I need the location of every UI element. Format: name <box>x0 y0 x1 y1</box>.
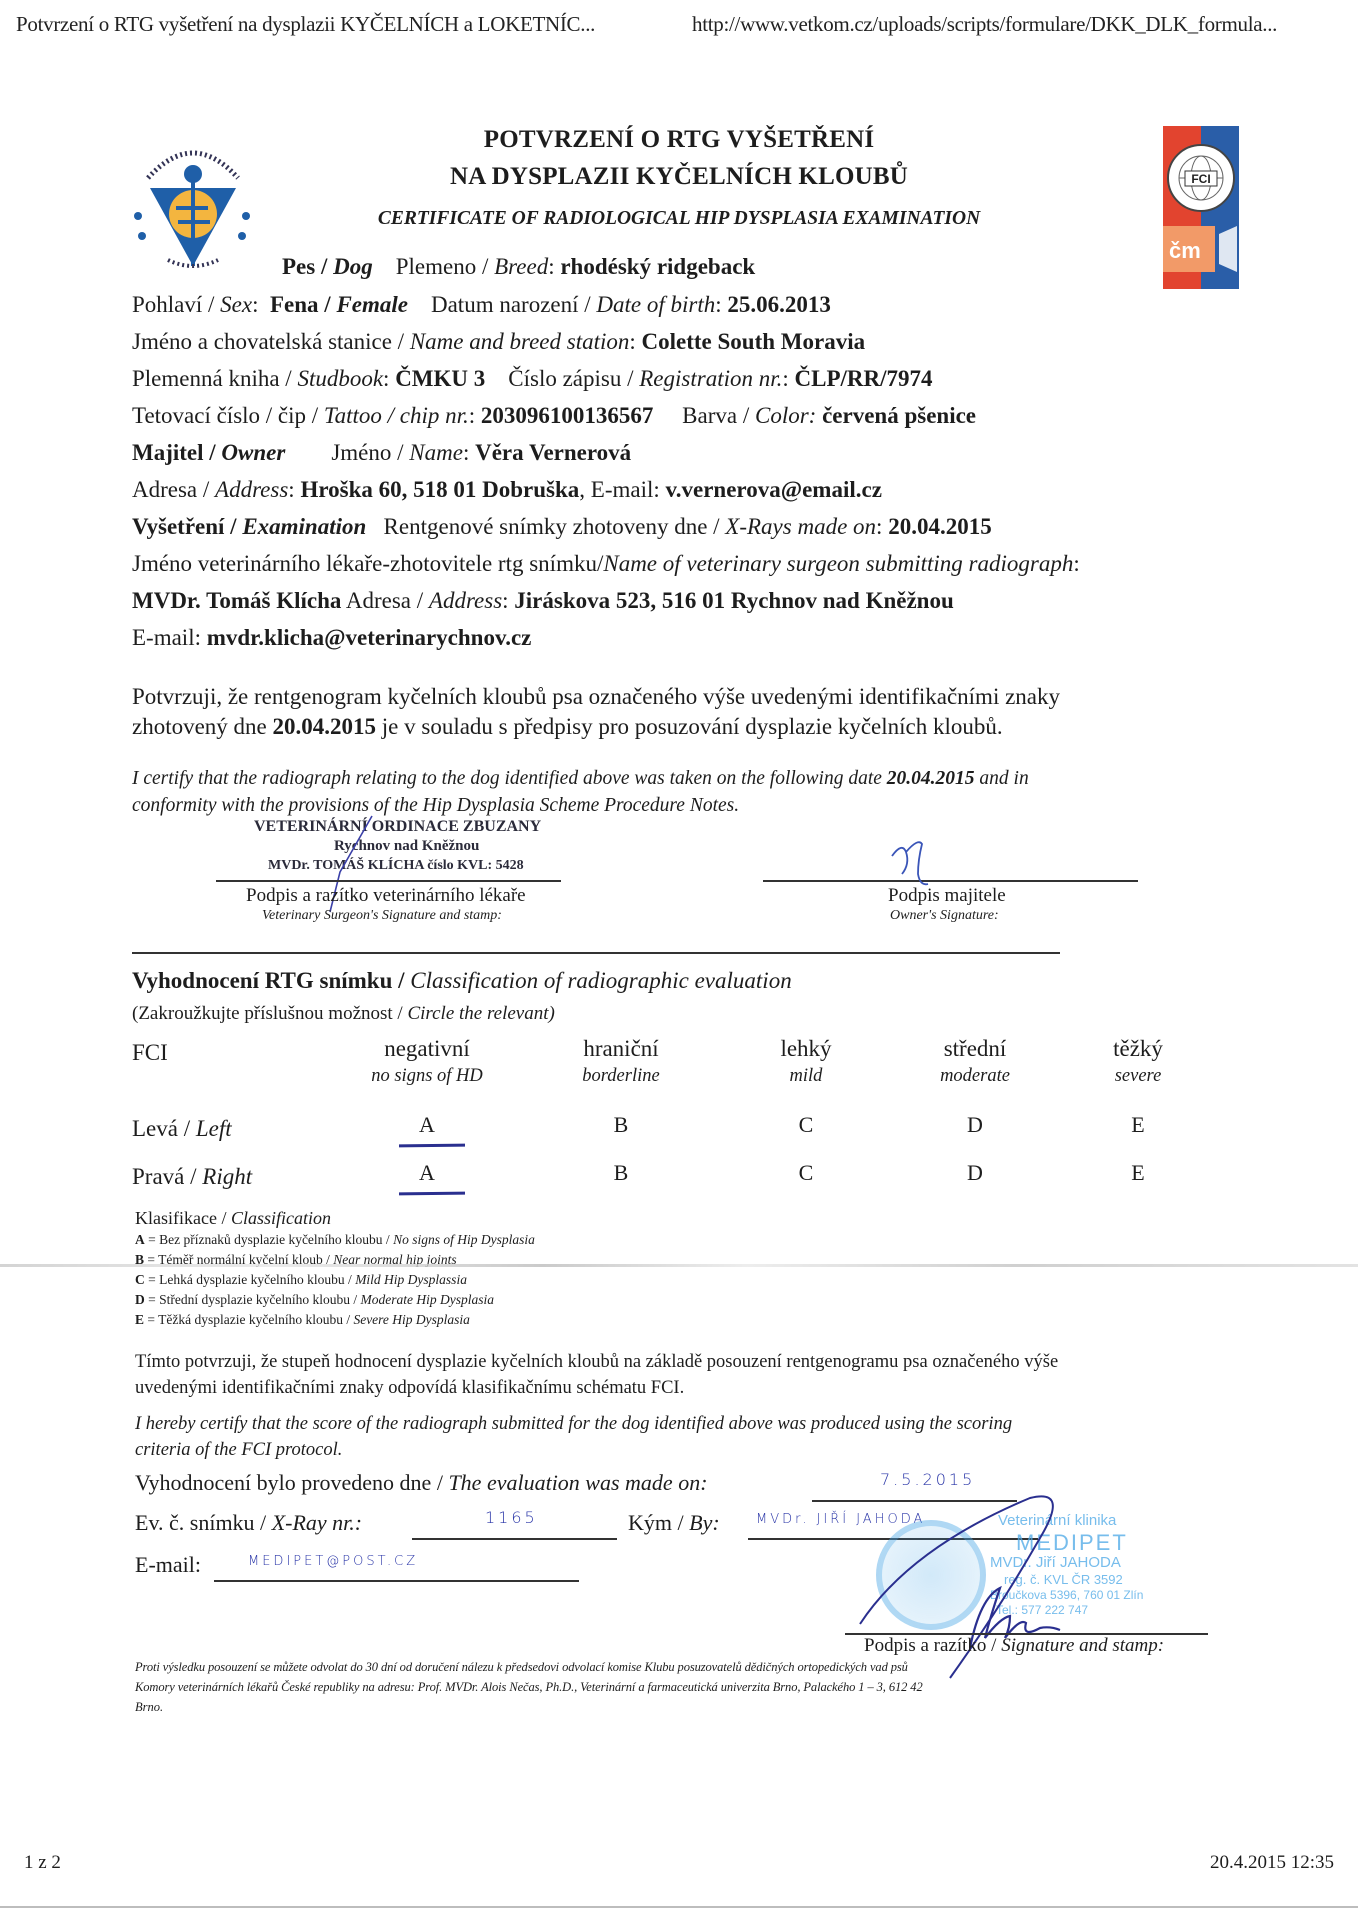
eval-date-value: 7.5.2015 <box>880 1470 975 1489</box>
chip-value: 203096100136567 <box>481 403 654 428</box>
vet-cert-en-2: conformity with the provisions of the Hi… <box>132 795 739 817</box>
owner-name-value: Věra Vernerová <box>475 440 631 465</box>
eval-email-label: E-mail: <box>135 1552 201 1578</box>
right-grade-option-a[interactable]: A <box>357 1160 497 1186</box>
eval-date-label: Vyhodnocení bylo provedeno dne / The eva… <box>135 1470 708 1496</box>
dog-name-line: Jméno a chovatelská stanice / Name and b… <box>132 329 865 355</box>
left-grade-option-e[interactable]: E <box>1068 1112 1208 1138</box>
appeal-note-1: Proti výsledku posouzení se můžete odvol… <box>135 1660 908 1675</box>
owner-signature-line <box>763 880 1138 882</box>
grade-en: moderate <box>905 1066 1045 1087</box>
owner-address-value: Hroška 60, 518 01 Dobruška <box>300 477 579 502</box>
legend-item-d: D = Střední dysplazie kyčelního kloubu /… <box>135 1292 494 1308</box>
owner-email-value: v.vernerova@email.cz <box>666 477 882 502</box>
examination-line: Vyšetření / Examination Rentgenové snímk… <box>132 514 992 540</box>
grade-header-c: lehkýmild <box>736 1036 876 1087</box>
classification-title: Klasifikace / Classification <box>135 1208 331 1229</box>
registration-value: ČLP/RR/7974 <box>795 366 933 391</box>
section-divider <box>132 952 1060 954</box>
left-grade-option-a[interactable]: A <box>357 1112 497 1138</box>
breed-value: rhodéský ridgeback <box>560 254 755 279</box>
title-line-1: POTVRZENÍ O RTG VYŠETŘENÍ <box>0 126 1358 154</box>
appeal-note-3: Brno. <box>135 1700 163 1715</box>
by-label: Kým / By: <box>628 1510 720 1536</box>
vet-name-line: MVDr. Tomáš Klícha Adresa / Address: Jir… <box>132 588 954 614</box>
right-grade-option-e[interactable]: E <box>1068 1160 1208 1186</box>
vet-email-line: E-mail: mvdr.klicha@veterinarychnov.cz <box>132 625 531 651</box>
legend-item-a: A = Bez příznaků dysplazie kyčelního klo… <box>135 1232 535 1248</box>
eval-cert-cz-2: uvedenými identifikačními znaky odpovídá… <box>135 1378 684 1399</box>
studbook-value: ČMKU 3 <box>395 366 485 391</box>
vet-stamp-line-1: VETERINÁRNÍ ORDINACE ZBUZANY <box>254 818 541 836</box>
print-header-title: Potvrzení o RTG vyšetření na dysplazii K… <box>16 12 595 37</box>
grade-header-b: hraničníborderline <box>551 1036 691 1087</box>
vet-label-line: Jméno veterinárního lékaře-zhotovitele r… <box>132 551 1080 577</box>
vet-name-value: MVDr. Tomáš Klícha <box>132 588 341 613</box>
svg-text:čm: čm <box>1169 238 1201 263</box>
dob-value: 25.06.2013 <box>727 292 831 317</box>
owner-address-line: Adresa / Address: Hroška 60, 518 01 Dobr… <box>132 477 882 503</box>
eval-email-value: MEDIPET@POST.CZ <box>248 1554 418 1569</box>
owner-signature-label-en: Owner's Signature: <box>890 908 999 924</box>
vet-address-value: Jiráskova 523, 516 01 Rychnov nad Kněžno… <box>514 588 953 613</box>
vet-cert-cz-2: zhotovený dne 20.04.2015 je v souladu s … <box>132 714 1003 740</box>
grade-header-d: střednímoderate <box>905 1036 1045 1087</box>
dog-name-value: Colette South Moravia <box>642 329 866 354</box>
grade-cz: hraniční <box>551 1036 691 1062</box>
grade-en: mild <box>736 1066 876 1087</box>
evaluator-signature-label: Podpis a razítko / Signature and stamp: <box>864 1635 1164 1657</box>
left-label: Levá / Left <box>132 1116 232 1142</box>
right-grade-option-b[interactable]: B <box>551 1160 691 1186</box>
grade-cz: lehký <box>736 1036 876 1062</box>
left-grade-option-d[interactable]: D <box>905 1112 1045 1138</box>
grade-cz: střední <box>905 1036 1045 1062</box>
grade-header-a: negativníno signs of HD <box>357 1036 497 1087</box>
scan-crease <box>0 1264 1358 1267</box>
vet-cert-en-1: I certify that the radiograph relating t… <box>132 768 1029 790</box>
footer-rule <box>0 1906 1358 1908</box>
legend-item-e: E = Těžká dysplazie kyčelního kloubu / S… <box>135 1312 470 1328</box>
left-grade-option-b[interactable]: B <box>551 1112 691 1138</box>
vet-email-value: mvdr.klicha@veterinarychnov.cz <box>207 625 532 650</box>
right-grade-option-d[interactable]: D <box>905 1160 1045 1186</box>
right-selection-mark <box>399 1192 465 1195</box>
page-number: 1 z 2 <box>24 1852 61 1874</box>
vet-signature-label-en: Veterinary Surgeon's Signature and stamp… <box>262 908 502 924</box>
fci-row-header: FCI <box>132 1040 168 1066</box>
legend-item-c: C = Lehká dysplazie kyčelního kloubu / M… <box>135 1272 467 1288</box>
grade-cz: těžký <box>1068 1036 1208 1062</box>
print-datetime: 20.4.2015 12:35 <box>1210 1852 1334 1874</box>
vet-signature-line <box>216 880 561 882</box>
right-grade-option-c[interactable]: C <box>736 1160 876 1186</box>
evaluation-instruction: (Zakroužkujte příslušnou možnost / Circl… <box>132 1003 555 1025</box>
left-grade-option-c[interactable]: C <box>736 1112 876 1138</box>
xray-nr-line <box>412 1538 617 1540</box>
xray-nr-label: Ev. č. snímku / X-Ray nr.: <box>135 1510 362 1536</box>
studbook-line: Plemenná kniha / Studbook: ČMKU 3 Číslo … <box>132 366 933 392</box>
evaluation-title: Vyhodnocení RTG snímku / Classification … <box>132 968 792 994</box>
xray-date-value: 20.04.2015 <box>888 514 992 539</box>
eval-cert-en-2: criteria of the FCI protocol. <box>135 1440 342 1461</box>
grade-en: no signs of HD <box>357 1066 497 1087</box>
grade-cz: negativní <box>357 1036 497 1062</box>
color-value: červená pšenice <box>822 403 976 428</box>
print-header-url: http://www.vetkom.cz/uploads/scripts/for… <box>692 12 1277 37</box>
grade-en: severe <box>1068 1066 1208 1087</box>
dog-breed-line: Pes / Dog Plemeno / Breed: rhodéský ridg… <box>282 254 755 280</box>
eval-cert-en-1: I hereby certify that the score of the r… <box>135 1414 1012 1435</box>
eval-email-line <box>214 1580 579 1582</box>
vet-cert-cz-1: Potvrzuji, že rentgenogram kyčelních klo… <box>132 684 1060 710</box>
evaluator-signature <box>850 1488 1110 1708</box>
owner-signature-label-cz: Podpis majitele <box>888 885 1006 907</box>
grade-en: borderline <box>551 1066 691 1087</box>
xray-nr-value: 1165 <box>485 1508 538 1527</box>
vet-signature-label-cz: Podpis a razítko veterinárního lékaře <box>246 885 526 907</box>
title-english: CERTIFICATE OF RADIOLOGICAL HIP DYSPLASI… <box>0 208 1358 230</box>
owner-line: Majitel / Owner Jméno / Name: Věra Verne… <box>132 440 631 466</box>
sex-dob-line: Pohlaví / Sex: Fena / Female Datum naroz… <box>132 292 831 318</box>
left-selection-mark <box>399 1144 465 1147</box>
eval-cert-cz-1: Tímto potvrzuji, že stupeň hodnocení dys… <box>135 1352 1058 1373</box>
title-line-2: NA DYSPLAZII KYČELNÍCH KLOUBŮ <box>0 163 1358 191</box>
chip-color-line: Tetovací číslo / čip / Tattoo / chip nr.… <box>132 403 976 429</box>
appeal-note-2: Komory veterinárních lékařů České republ… <box>135 1680 923 1695</box>
grade-header-e: těžkýsevere <box>1068 1036 1208 1087</box>
right-label: Pravá / Right <box>132 1164 252 1190</box>
